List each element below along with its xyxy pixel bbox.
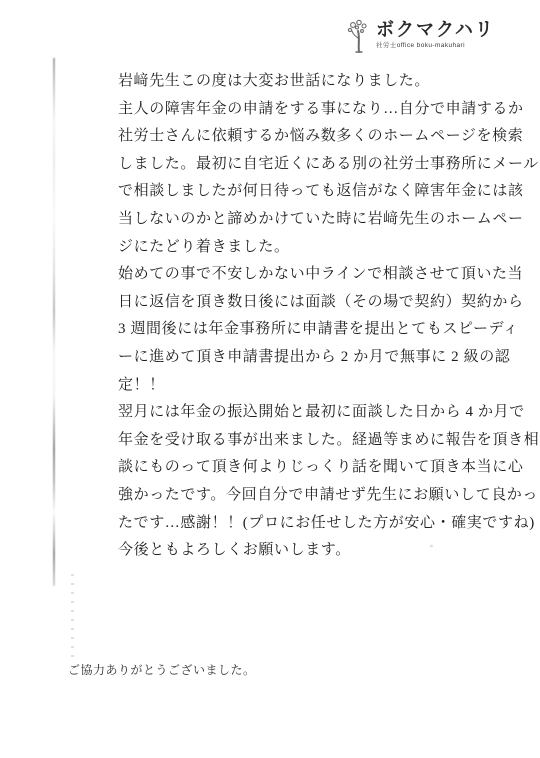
letter-line: 主人の障害年金の申請をする事になり…自分で申請するか bbox=[118, 96, 470, 124]
footer-thanks-note: ご協力ありがとうございました。 bbox=[68, 661, 256, 678]
letter-line: で相談しましたが何日待っても返信がなく障害年金には該 bbox=[118, 178, 470, 206]
letter-line: 3 週間後には年金事務所に申請書を提出とてもスピーディ bbox=[118, 316, 470, 344]
letter-line: ーに進めて頂き申請書提出から 2 か月で無事に 2 級の認 bbox=[118, 344, 470, 372]
letter-line: 日に返信を頂き数日後には面談（その場で契約）契約から bbox=[118, 289, 470, 317]
letter-line: 岩﨑先生この度は大変お世話になりました。 bbox=[118, 68, 470, 96]
letter-line: 社労士さんに依頼するか悩み数多くのホームページを検索 bbox=[118, 123, 470, 151]
letter-line: 談にものって頂き何よりじっくり話を聞いて頂き本当に心 bbox=[118, 454, 470, 482]
page-bleedthrough-marks bbox=[71, 574, 74, 659]
sprout-tree-icon bbox=[346, 18, 372, 54]
letter-line: ジにたどり着きました。 bbox=[118, 234, 470, 262]
letter-body: 岩﨑先生この度は大変お世話になりました。 主人の障害年金の申請をする事になり…自… bbox=[118, 68, 470, 565]
letter-line: 翌月には年金の振込開始と最初に面談した日から 4 か月で bbox=[118, 399, 470, 427]
letter-line: 年金を受け取る事が出来ました。経過等まめに報告を頂き相 bbox=[118, 427, 470, 455]
letter-line: しました。最初に自宅近くにある別の社労士事務所にメール bbox=[118, 151, 470, 179]
scanned-letter-page: ボクマクハリ 社労士office boku-makuhari 岩﨑先生この度は大… bbox=[0, 0, 540, 758]
letter-line: 定！！ bbox=[118, 372, 470, 400]
letter-line: 強かったです。今回自分で申請せず先生にお願いして良かっ bbox=[118, 482, 470, 510]
letter-line: 今後ともよろしくお願いします。 bbox=[118, 537, 470, 565]
letter-line: 当しないのかと諦めかけていた時に岩﨑先生のホームペー bbox=[118, 206, 470, 234]
scan-fold-streak bbox=[53, 58, 55, 586]
letter-line: 始めての事で不安しかない中ラインで相談させて頂いた当 bbox=[118, 261, 470, 289]
logo-title: ボクマクハリ bbox=[376, 17, 495, 40]
letter-line: たです…感謝！！(プロにお任せした方が安心・確実ですね) bbox=[118, 510, 470, 538]
office-logo: ボクマクハリ 社労士office boku-makuhari bbox=[346, 18, 476, 54]
logo-subtitle: 社労士office boku-makuhari bbox=[376, 40, 495, 49]
